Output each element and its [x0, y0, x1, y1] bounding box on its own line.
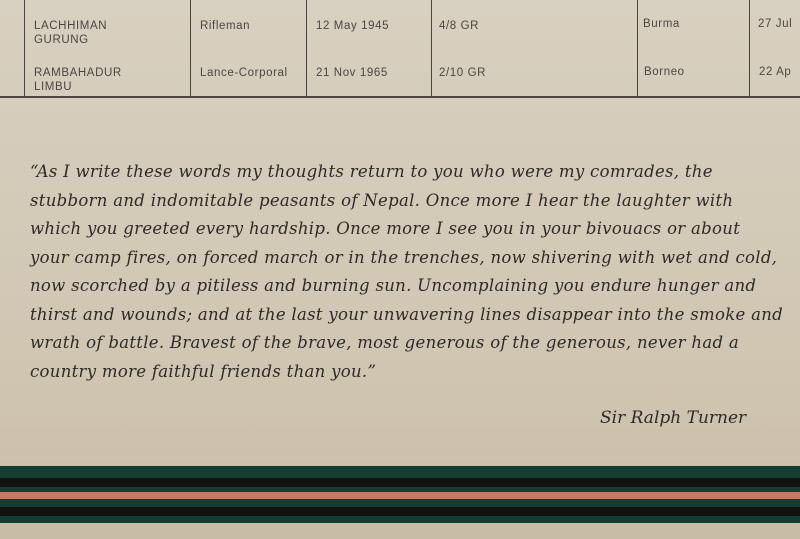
unit-cell: 4/8 GR — [439, 19, 479, 33]
salmon-stripe — [0, 492, 800, 499]
date-cell: 12 May 1945 — [316, 19, 389, 33]
quotation: “As I write these words my thoughts retu… — [30, 158, 780, 386]
roll-of-honour-table: LACHHIMAN GURUNG Rifleman 12 May 1945 4/… — [0, 0, 800, 98]
name-cell: RAMBAHADUR LIMBU — [34, 66, 122, 94]
place-cell: Borneo — [644, 65, 685, 79]
column-divider — [637, 0, 638, 96]
rank-cell: Rifleman — [200, 19, 250, 33]
column-divider — [24, 0, 25, 96]
green-stripe — [0, 516, 800, 523]
place-cell: Burma — [643, 17, 680, 31]
column-divider — [431, 0, 432, 96]
column-divider — [190, 0, 191, 96]
quote-line: which you greeted every hardship. Once m… — [30, 215, 780, 244]
black-stripe — [0, 507, 800, 516]
quote-line: “As I write these words my thoughts retu… — [30, 158, 780, 187]
black-stripe — [0, 478, 800, 487]
quote-line: stubborn and indomitable peasants of Nep… — [30, 187, 780, 216]
gazette-cell: 27 Jul — [758, 17, 792, 31]
regimental-stripes — [0, 466, 800, 524]
quote-line: now scorched by a pitiless and burning s… — [30, 272, 780, 301]
date-cell: 21 Nov 1965 — [316, 66, 388, 80]
quote-line: wrath of battle. Bravest of the brave, m… — [30, 329, 780, 358]
column-divider — [749, 0, 750, 96]
attribution-signature: Sir Ralph Turner — [600, 408, 746, 428]
quote-line: your camp fires, on forced march or in t… — [30, 244, 780, 273]
green-stripe — [0, 499, 800, 507]
name-line: LACHHIMAN — [34, 19, 107, 33]
column-divider — [306, 0, 307, 96]
gazette-cell: 22 Ap — [759, 65, 791, 79]
green-stripe — [0, 466, 800, 478]
unit-cell: 2/10 GR — [439, 66, 486, 80]
rank-cell: Lance-Corporal — [200, 66, 288, 80]
name-line: RAMBAHADUR — [34, 66, 122, 80]
quote-line: country more faithful friends than you.” — [30, 358, 780, 387]
name-line: LIMBU — [34, 80, 122, 94]
name-line: GURUNG — [34, 33, 107, 47]
quote-line: thirst and wounds; and at the last your … — [30, 301, 780, 330]
name-cell: LACHHIMAN GURUNG — [34, 19, 107, 47]
